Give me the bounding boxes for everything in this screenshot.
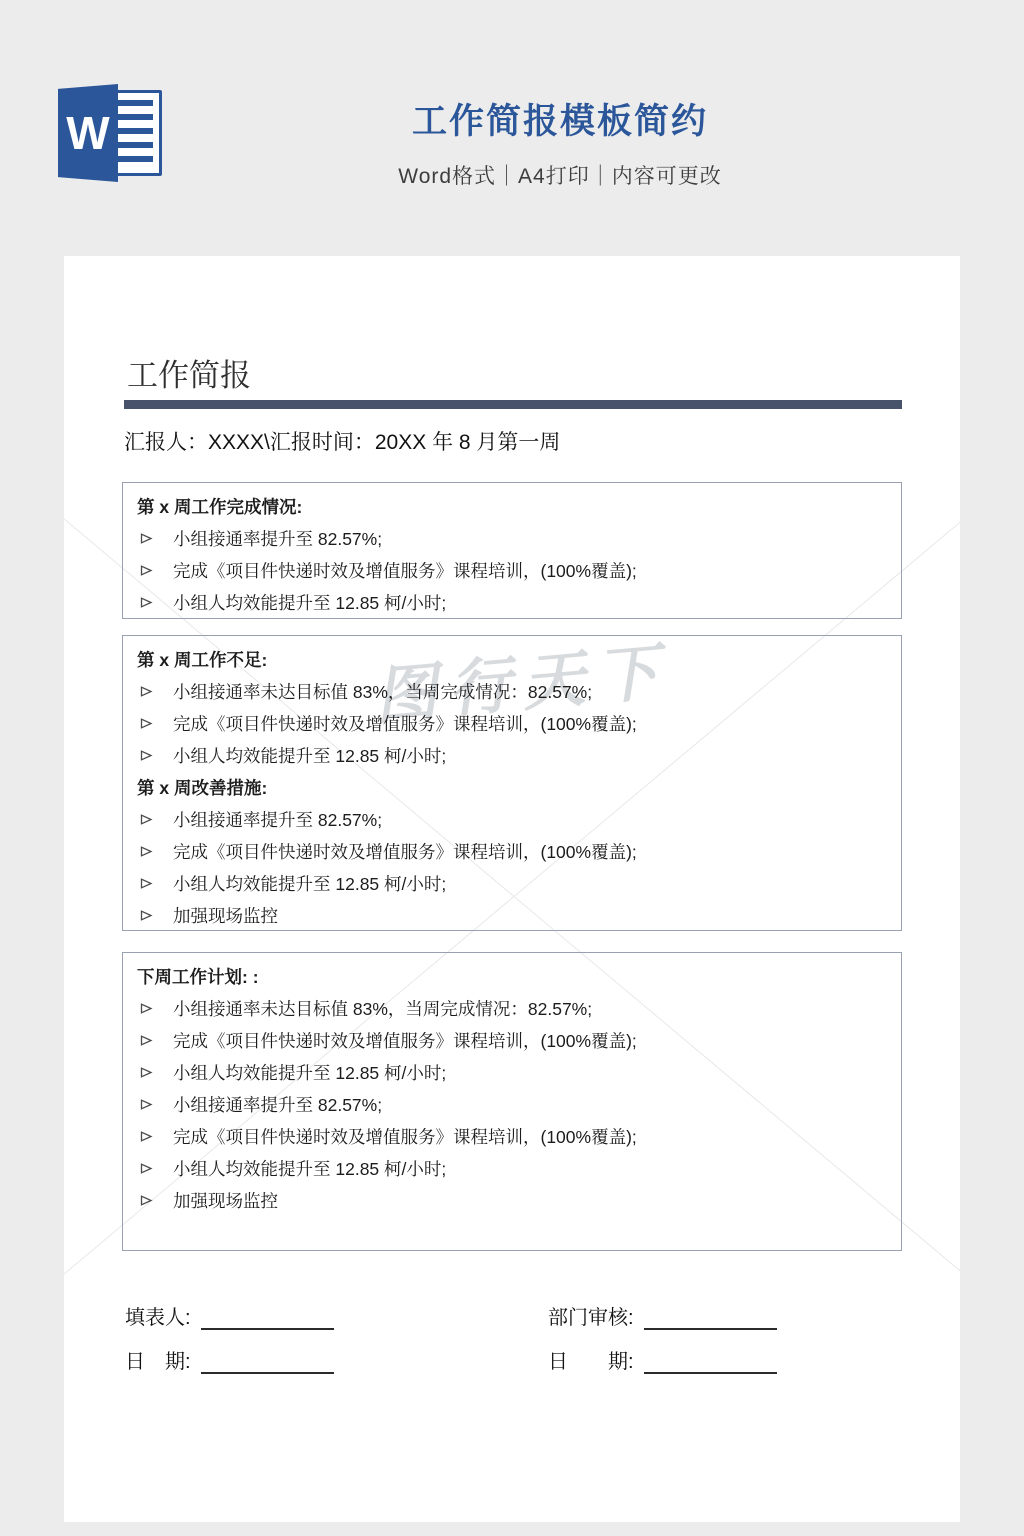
- template-title: 工作简报模板简约: [96, 94, 1024, 144]
- arrow-bullet-icon: [137, 749, 173, 762]
- row-text: 加强现场监控: [173, 1188, 278, 1213]
- arrow-bullet-icon: [137, 685, 173, 698]
- title-rule: [124, 400, 902, 409]
- row-text: 第 x 周改善措施:: [137, 775, 267, 800]
- template-header: W 工作简报模板简约 Word格式｜A4打印｜内容可更改: [0, 0, 1024, 255]
- box-row: 小组接通率提升至 82.57%;: [137, 803, 887, 835]
- row-text: 下周工作计划: :: [137, 964, 259, 989]
- arrow-bullet-icon: [137, 845, 173, 858]
- arrow-bullet-icon: [137, 717, 173, 730]
- arrow-bullet-icon: [137, 1130, 173, 1143]
- arrow-bullet-icon: [137, 596, 173, 609]
- box-row: 第 x 周改善措施:: [137, 771, 887, 803]
- row-text: 小组人均效能提升至 12.85 柯/小时;: [173, 743, 446, 768]
- row-text: 完成《项目件快递时效及增值服务》课程培训，(100%覆盖);: [173, 711, 637, 736]
- signature-label: 部门审核:: [548, 1306, 634, 1330]
- box-row: 完成《项目件快递时效及增值服务》课程培训，(100%覆盖);: [137, 1120, 887, 1152]
- signature-column-right: 部门审核: 日 期:: [548, 1304, 777, 1392]
- row-text: 完成《项目件快递时效及增值服务》课程培训，(100%覆盖);: [173, 1028, 637, 1053]
- page-canvas: W 工作简报模板简约 Word格式｜A4打印｜内容可更改 图行天下 工作简报 汇…: [0, 0, 1024, 1536]
- arrow-bullet-icon: [137, 1162, 173, 1175]
- signature-row: 部门审核:: [548, 1304, 777, 1330]
- box-row: 小组人均效能提升至 12.85 柯/小时;: [137, 739, 887, 771]
- arrow-bullet-icon: [137, 909, 173, 922]
- arrow-bullet-icon: [137, 1194, 173, 1207]
- box-row: 加强现场监控: [137, 899, 887, 931]
- signature-blank-line: [201, 1352, 334, 1374]
- signature-row: 日 期:: [548, 1348, 777, 1374]
- signature-row: 日 期:: [125, 1348, 334, 1374]
- box-row: 第 x 周工作完成情况:: [137, 490, 887, 522]
- row-text: 小组人均效能提升至 12.85 柯/小时;: [173, 1156, 446, 1181]
- signature-label: 日 期:: [125, 1350, 191, 1374]
- arrow-bullet-icon: [137, 1066, 173, 1079]
- box-row: 小组人均效能提升至 12.85 柯/小时;: [137, 586, 887, 618]
- row-text: 小组人均效能提升至 12.85 柯/小时;: [173, 871, 446, 896]
- row-text: 完成《项目件快递时效及增值服务》课程培训，(100%覆盖);: [173, 558, 637, 583]
- arrow-bullet-icon: [137, 1034, 173, 1047]
- row-text: 完成《项目件快递时效及增值服务》课程培训，(100%覆盖);: [173, 1124, 637, 1149]
- box-row: 小组人均效能提升至 12.85 柯/小时;: [137, 1152, 887, 1184]
- row-text: 小组接通率提升至 82.57%;: [173, 526, 382, 551]
- next-week-plan-box: 下周工作计划: : 小组接通率未达目标值 83%，当周完成情况：82.57%; …: [122, 952, 902, 1251]
- box-row: 完成《项目件快递时效及增值服务》课程培训，(100%覆盖);: [137, 835, 887, 867]
- signature-label: 填表人:: [125, 1306, 191, 1330]
- signature-blank-line: [644, 1352, 777, 1374]
- box-row: 加强现场监控: [137, 1184, 887, 1216]
- signature-label: 日 期:: [548, 1350, 634, 1374]
- weekly-shortage-box: 第 x 周工作不足: 小组接通率未达目标值 83%，当周完成情况：82.57%;…: [122, 635, 902, 931]
- arrow-bullet-icon: [137, 877, 173, 890]
- box-row: 小组接通率提升至 82.57%;: [137, 522, 887, 554]
- box-row: 完成《项目件快递时效及增值服务》课程培训，(100%覆盖);: [137, 1024, 887, 1056]
- row-text: 小组人均效能提升至 12.85 柯/小时;: [173, 590, 446, 615]
- row-text: 小组接通率提升至 82.57%;: [173, 807, 382, 832]
- row-text: 小组人均效能提升至 12.85 柯/小时;: [173, 1060, 446, 1085]
- box-row: 小组接通率提升至 82.57%;: [137, 1088, 887, 1120]
- signature-row: 填表人:: [125, 1304, 334, 1330]
- row-text: 第 x 周工作不足:: [137, 647, 267, 672]
- signature-blank-line: [644, 1308, 777, 1330]
- signature-blank-line: [201, 1308, 334, 1330]
- arrow-bullet-icon: [137, 1002, 173, 1015]
- report-meta-line: 汇报人：XXXX\汇报时间：20XX 年 8 月第一周: [124, 426, 560, 456]
- row-text: 小组接通率未达目标值 83%，当周完成情况：82.57%;: [173, 996, 592, 1021]
- box-row: 小组接通率未达目标值 83%，当周完成情况：82.57%;: [137, 675, 887, 707]
- box-row: 下周工作计划: :: [137, 960, 887, 992]
- box-row: 完成《项目件快递时效及增值服务》课程培训，(100%覆盖);: [137, 707, 887, 739]
- row-text: 小组接通率提升至 82.57%;: [173, 1092, 382, 1117]
- arrow-bullet-icon: [137, 813, 173, 826]
- signature-column-left: 填表人: 日 期:: [125, 1304, 334, 1392]
- box-row: 小组接通率未达目标值 83%，当周完成情况：82.57%;: [137, 992, 887, 1024]
- row-text: 加强现场监控: [173, 903, 278, 928]
- box-row: 小组人均效能提升至 12.85 柯/小时;: [137, 1056, 887, 1088]
- arrow-bullet-icon: [137, 564, 173, 577]
- weekly-completion-box: 第 x 周工作完成情况: 小组接通率提升至 82.57%; 完成《项目件快递时效…: [122, 482, 902, 619]
- row-text: 完成《项目件快递时效及增值服务》课程培训，(100%覆盖);: [173, 839, 637, 864]
- document-page: 图行天下 工作简报 汇报人：XXXX\汇报时间：20XX 年 8 月第一周 第 …: [64, 256, 960, 1522]
- template-subtitle: Word格式｜A4打印｜内容可更改: [96, 160, 1024, 190]
- box-row: 小组人均效能提升至 12.85 柯/小时;: [137, 867, 887, 899]
- box-row: 第 x 周工作不足:: [137, 643, 887, 675]
- row-text: 小组接通率未达目标值 83%，当周完成情况：82.57%;: [173, 679, 592, 704]
- doc-title: 工作简报: [127, 350, 251, 395]
- box-row: 完成《项目件快递时效及增值服务》课程培训，(100%覆盖);: [137, 554, 887, 586]
- arrow-bullet-icon: [137, 532, 173, 545]
- row-text: 第 x 周工作完成情况:: [137, 494, 302, 519]
- arrow-bullet-icon: [137, 1098, 173, 1111]
